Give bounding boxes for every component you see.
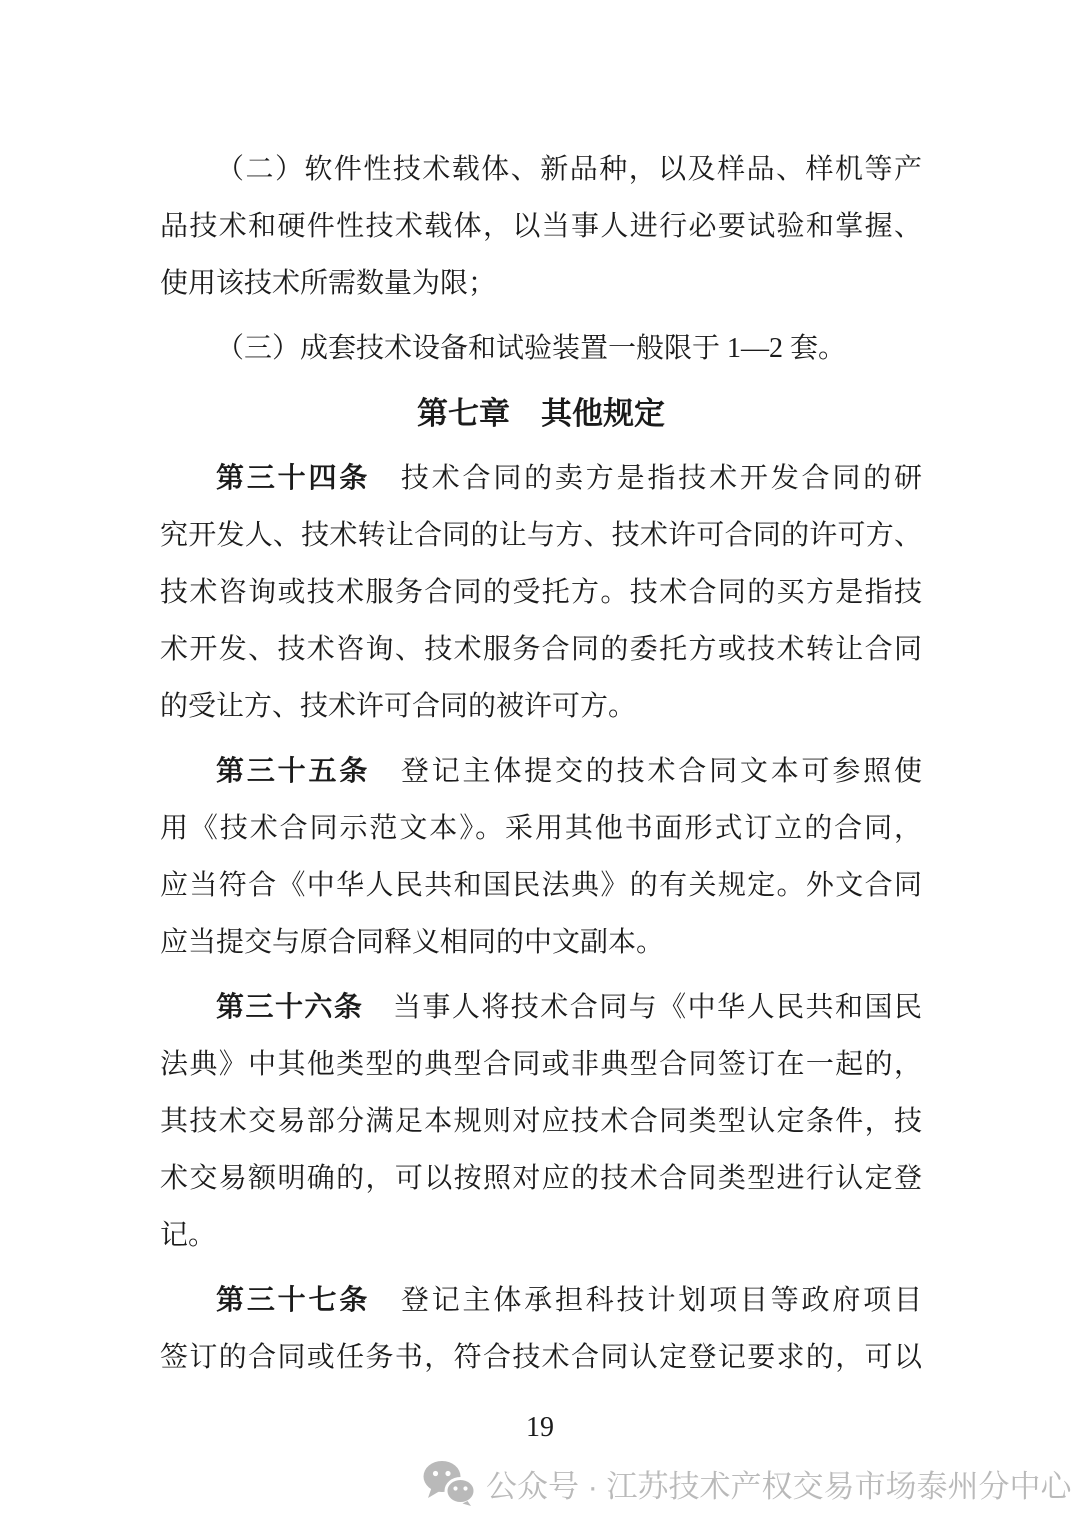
article-number: 第三十六条 <box>216 992 363 1023</box>
text-segment: （二）软件性技术载体、新品种，以及样品、样机等产 <box>216 154 922 185</box>
document-line: 的受让方、技术许可合同的被许可方。 <box>160 678 922 735</box>
document-line: 其技术交易部分满足本规则对应技术合同类型认定条件，技 <box>160 1093 922 1150</box>
document-line: 记。 <box>160 1207 922 1264</box>
text-segment: 品技术和硬件性技术载体，以当事人进行必要试验和掌握、 <box>160 211 922 242</box>
document-line: 用《技术合同示范文本》。采用其他书面形式订立的合同， <box>160 800 922 857</box>
document-line: 法典》中其他类型的典型合同或非典型合同签订在一起的， <box>160 1036 922 1093</box>
article-number: 第三十五条 <box>216 756 370 787</box>
article-number: 第三十七条 <box>216 1285 370 1316</box>
document-line: 第三十四条 技术合同的卖方是指技术开发合同的研 <box>160 450 922 507</box>
text-segment: 用《技术合同示范文本》。采用其他书面形式订立的合同， <box>160 813 922 844</box>
text-segment: 的受让方、技术许可合同的被许可方。 <box>160 691 636 722</box>
document-line: 品技术和硬件性技术载体，以当事人进行必要试验和掌握、 <box>160 198 922 255</box>
text-segment: 究开发人、技术转让合同的让与方、技术许可合同的许可方、 <box>160 520 922 551</box>
text-segment: 术交易额明确的，可以按照对应的技术合同类型进行认定登 <box>160 1163 922 1194</box>
document-line: 第三十六条 当事人将技术合同与《中华人民共和国民 <box>160 979 922 1036</box>
text-segment: 技术合同的卖方是指技术开发合同的研 <box>370 463 922 494</box>
text-segment: 第七章 其他规定 <box>417 396 665 431</box>
text-segment: 应当提交与原合同释义相同的中文副本。 <box>160 927 664 958</box>
text-segment: 登记主体提交的技术合同文本可参照使 <box>370 756 922 787</box>
text-segment: 技术咨询或技术服务合同的受托方。技术合同的买方是指技 <box>160 577 922 608</box>
document-line: 应当符合《中华人民共和国民法典》的有关规定。外文合同 <box>160 857 922 914</box>
article-number: 第三十四条 <box>216 463 370 494</box>
text-segment: 使用该技术所需数量为限； <box>160 268 496 299</box>
document-line: 技术咨询或技术服务合同的受托方。技术合同的买方是指技 <box>160 564 922 621</box>
text-segment: 其技术交易部分满足本规则对应技术合同类型认定条件，技 <box>160 1106 922 1137</box>
document-line: 第三十七条 登记主体承担科技计划项目等政府项目 <box>160 1272 922 1329</box>
text-segment: 术开发、技术咨询、技术服务合同的委托方或技术转让合同 <box>160 634 922 665</box>
text-segment: 应当符合《中华人民共和国民法典》的有关规定。外文合同 <box>160 870 922 901</box>
text-segment: 当事人将技术合同与《中华人民共和国民 <box>363 992 922 1023</box>
text-segment: 签订的合同或任务书，符合技术合同认定登记要求的，可以 <box>160 1342 922 1373</box>
document-line: 应当提交与原合同释义相同的中文副本。 <box>160 914 922 971</box>
document-line: 术开发、技术咨询、技术服务合同的委托方或技术转让合同 <box>160 621 922 678</box>
document-line: 签订的合同或任务书，符合技术合同认定登记要求的，可以 <box>160 1329 922 1386</box>
text-segment: 记。 <box>160 1220 216 1251</box>
document-line: （三）成套技术设备和试验装置一般限于 1—2 套。 <box>160 320 922 377</box>
document-line: 第三十五条 登记主体提交的技术合同文本可参照使 <box>160 743 922 800</box>
document-text: （二）软件性技术载体、新品种，以及样品、样机等产品技术和硬件性技术载体，以当事人… <box>160 141 922 1386</box>
chapter-heading: 第七章 其他规定 <box>160 385 922 442</box>
text-segment: （三）成套技术设备和试验装置一般限于 1—2 套。 <box>216 333 846 364</box>
document-line: 使用该技术所需数量为限； <box>160 255 922 312</box>
footer-watermark: 公众号 · 江苏技术产权交易市场泰州分中心 <box>422 1458 1072 1508</box>
document-line: （二）软件性技术载体、新品种，以及样品、样机等产 <box>160 141 922 198</box>
document-page: （二）软件性技术载体、新品种，以及样品、样机等产品技术和硬件性技术载体，以当事人… <box>0 0 1080 1527</box>
document-line: 究开发人、技术转让合同的让与方、技术许可合同的许可方、 <box>160 507 922 564</box>
document-line: 术交易额明确的，可以按照对应的技术合同类型进行认定登 <box>160 1150 922 1207</box>
wechat-icon <box>422 1460 476 1506</box>
page-number: 19 <box>0 1412 1080 1444</box>
footer-label: 公众号 · 江苏技术产权交易市场泰州分中心 <box>486 1461 1072 1506</box>
text-segment: 登记主体承担科技计划项目等政府项目 <box>370 1285 922 1316</box>
text-segment: 法典》中其他类型的典型合同或非典型合同签订在一起的， <box>160 1049 922 1080</box>
